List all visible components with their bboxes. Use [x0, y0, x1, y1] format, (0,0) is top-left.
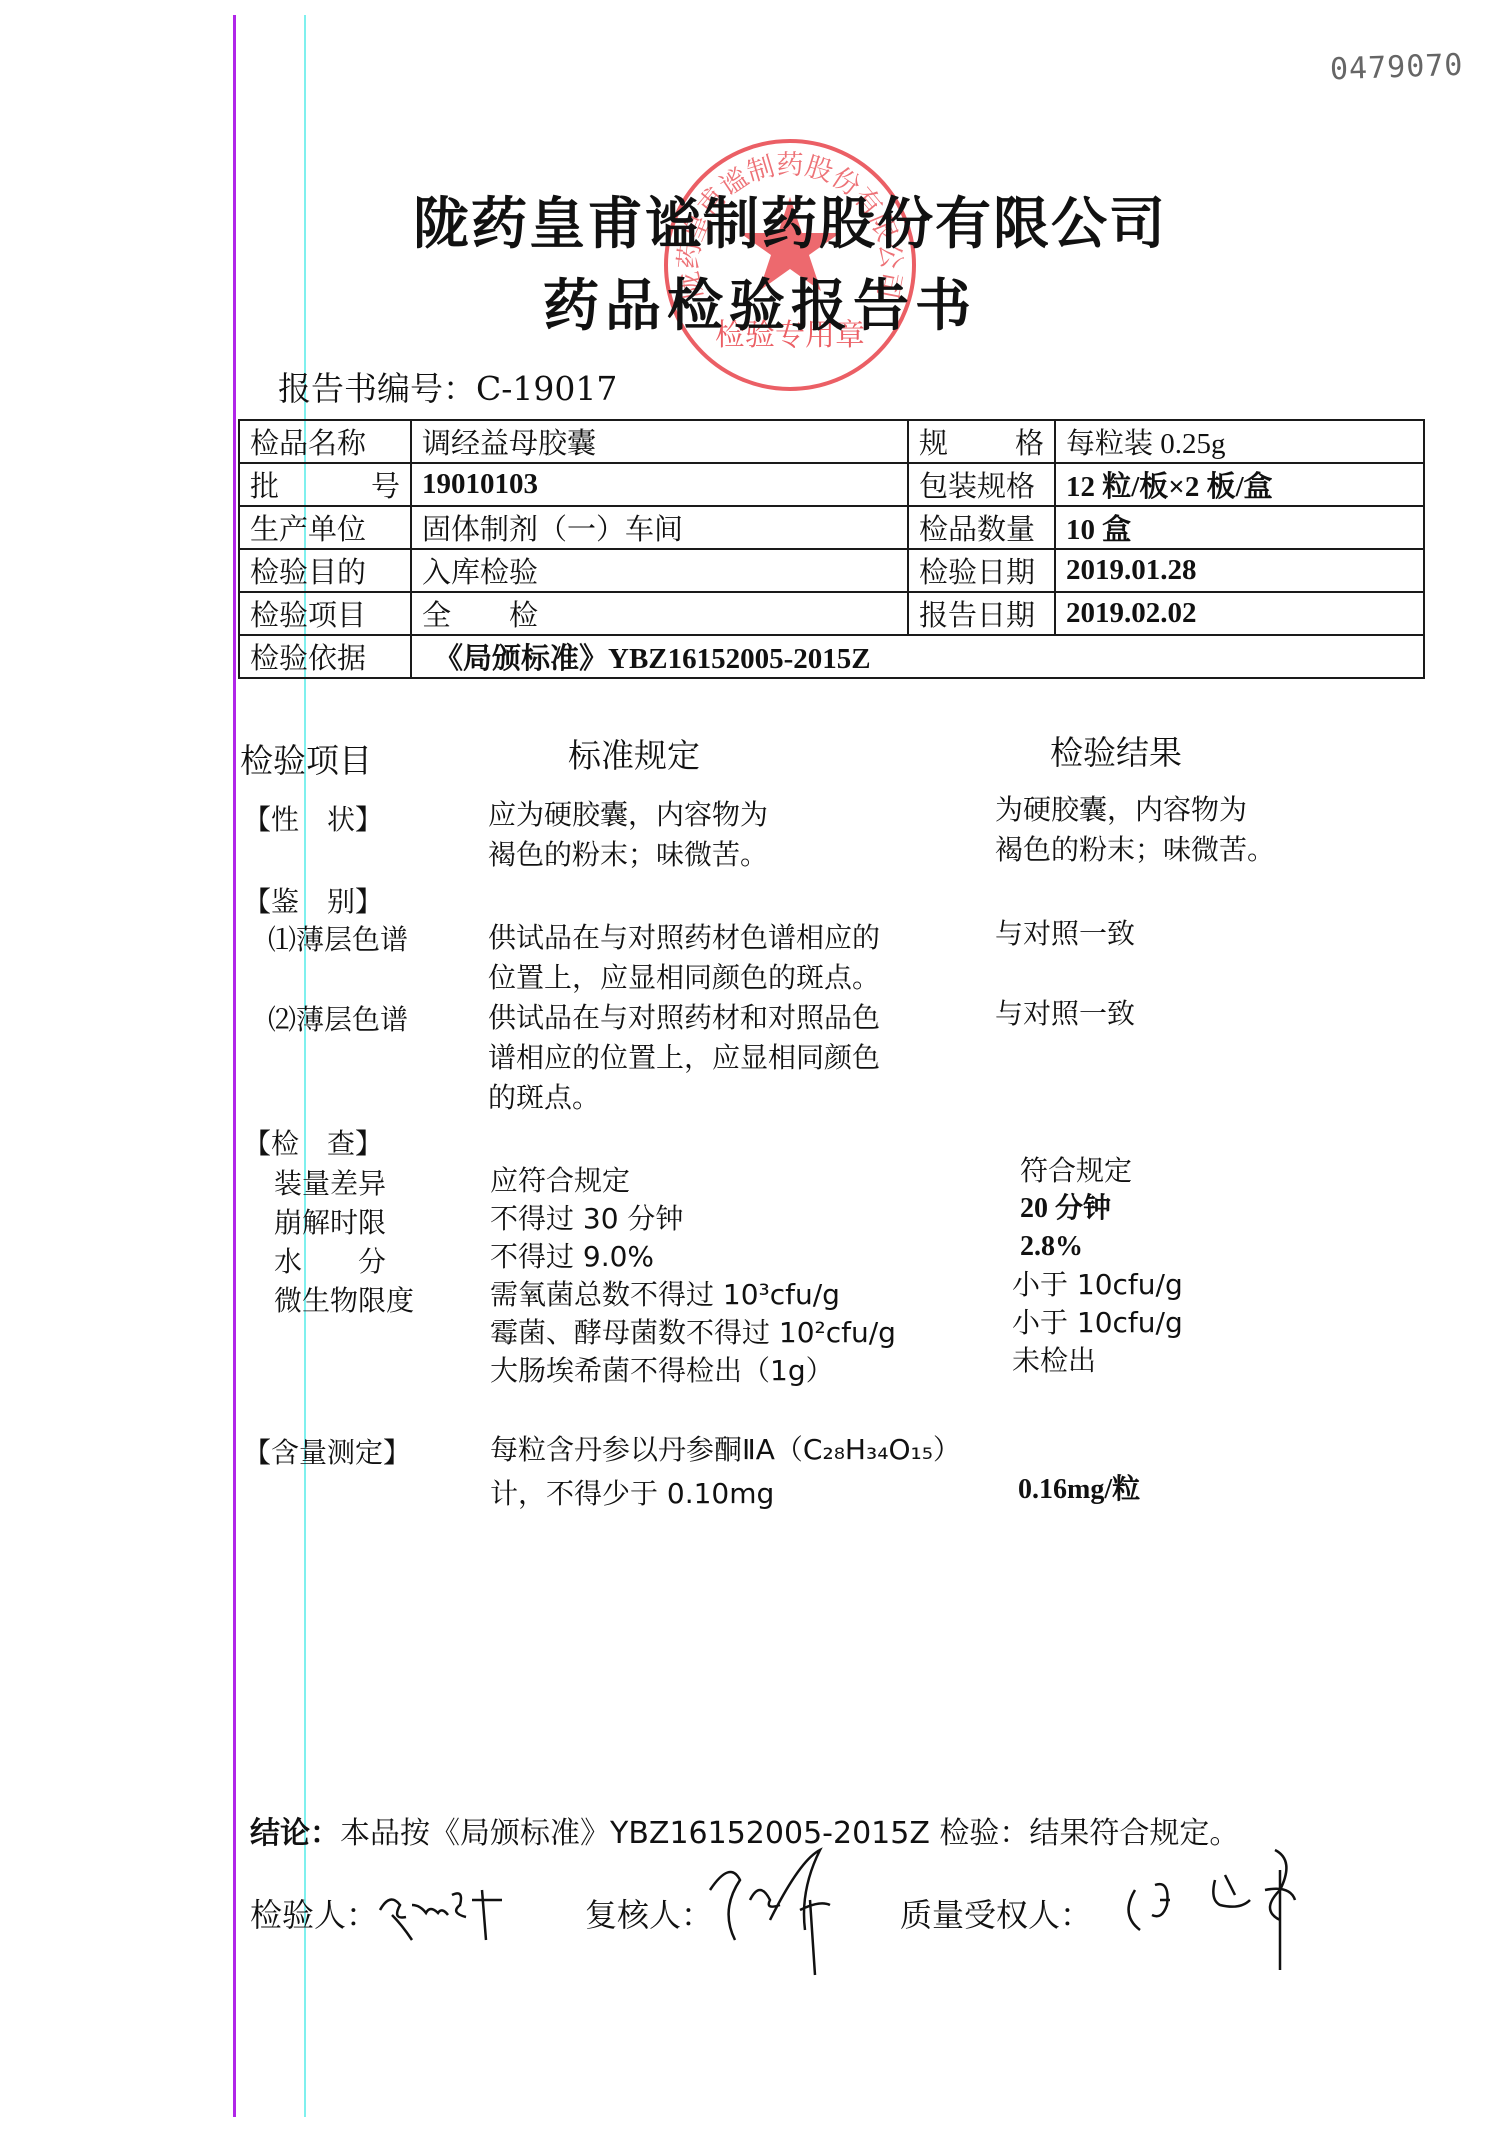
table-row: 生产单位 固体制剂（一）车间 检品数量 10 盒	[239, 506, 1424, 549]
cell-value: 2019.01.28	[1055, 549, 1424, 592]
cell-label: 报告日期	[908, 592, 1055, 635]
cell-label: 检验目的	[239, 549, 411, 592]
section-title-identification: 【鉴 别】	[243, 882, 383, 922]
result-text: 符合规定	[1020, 1152, 1132, 1190]
table-row: 检验项目 全 检 报告日期 2019.02.02	[239, 592, 1424, 635]
standard-text: 大肠埃希菌不得检出（1g）	[490, 1352, 896, 1390]
standard-text: 需氧菌总数不得过 10³cfu/g	[490, 1276, 896, 1314]
cell-label: 检验依据	[239, 635, 411, 678]
standard-text: 不得过 30 分钟	[490, 1200, 896, 1238]
test-item-names: 装量差异 崩解时限 水 分 微生物限度	[274, 1164, 414, 1320]
qa-person-label: 质量受权人：	[900, 1890, 1092, 1936]
result-text: 2.8%	[1020, 1228, 1132, 1266]
reviewer-signature	[700, 1840, 870, 1980]
cell-value: 19010103	[411, 463, 908, 506]
cell-value: 入库检验	[411, 549, 908, 592]
handwritten-archive-number: 0479070	[1329, 48, 1464, 88]
result-text: 0.16mg/粒	[1018, 1470, 1140, 1510]
result-text: 未检出	[1012, 1342, 1183, 1380]
test-item-name: 装量差异	[274, 1164, 414, 1203]
cell-value: 2019.02.02	[1055, 592, 1424, 635]
result-text: 20 分钟	[1020, 1190, 1132, 1228]
test-item-name: 崩解时限	[274, 1203, 414, 1242]
result-text: 小于 10cfu/g	[1012, 1266, 1183, 1304]
standard-text: 不得过 9.0%	[490, 1238, 896, 1276]
result-texts: 符合规定 20 分钟 2.8%	[1020, 1152, 1132, 1266]
test-item-name: 水 分	[274, 1242, 414, 1281]
sample-info-table: 检品名称 调经益母胶囊 规格 每粒装 0.25g 批号 19010103 包装规…	[238, 419, 1425, 679]
table-row: 检验依据 《局颁标准》YBZ16152005-2015Z	[239, 635, 1424, 678]
qa-person-signature	[1115, 1830, 1315, 1980]
cell-value: 调经益母胶囊	[411, 420, 908, 463]
cell-label: 检品名称	[239, 420, 411, 463]
test-item-name: 微生物限度	[274, 1281, 414, 1320]
standard-texts: 应符合规定 不得过 30 分钟 不得过 9.0% 需氧菌总数不得过 10³cfu…	[490, 1162, 896, 1390]
standard-text: 应符合规定	[490, 1162, 896, 1200]
result-text: 小于 10cfu/g	[1012, 1304, 1183, 1342]
result-text: 与对照一致	[995, 914, 1135, 954]
section-title-appearance: 【性 状】	[243, 800, 383, 840]
standard-text: 每粒含丹参以丹参酮ⅡA（C₂₈H₃₄O₁₅） 计，不得少于 0.10mg	[490, 1428, 961, 1516]
inspector-signature	[372, 1870, 522, 1960]
header-standard: 标准规定	[568, 730, 700, 777]
cell-value: 全 检	[411, 592, 908, 635]
reviewer-label: 复核人：	[585, 1890, 713, 1936]
company-name: 陇药皇甫谧制药股份有限公司	[0, 180, 1500, 260]
cell-value: 固体制剂（一）车间	[411, 506, 908, 549]
header-test-item: 检验项目	[240, 735, 372, 782]
inspector-label: 检验人：	[250, 1890, 378, 1936]
result-text: 与对照一致	[995, 994, 1135, 1034]
cell-value: 10 盒	[1055, 506, 1424, 549]
section-title-inspection: 【检 查】	[243, 1124, 383, 1164]
standard-text: 供试品在与对照药材和对照品色 谱相应的位置上，应显相同颜色 的斑点。	[488, 998, 880, 1118]
conclusion-label: 结论：	[250, 1816, 340, 1851]
cell-value: 每粒装 0.25g	[1055, 420, 1424, 463]
report-number: 报告书编号：C-19017	[278, 363, 617, 410]
cell-value: 《局颁标准》YBZ16152005-2015Z	[411, 635, 1424, 678]
cell-label: 包装规格	[908, 463, 1055, 506]
cell-label: 检验日期	[908, 549, 1055, 592]
cell-label: 规格	[908, 420, 1055, 463]
document-title: 药品检验报告书	[0, 262, 1500, 342]
cell-label: 生产单位	[239, 506, 411, 549]
cell-label: 批号	[239, 463, 411, 506]
standard-text: 供试品在与对照药材色谱相应的 位置上，应显相同颜色的斑点。	[488, 918, 880, 998]
table-row: 检品名称 调经益母胶囊 规格 每粒装 0.25g	[239, 420, 1424, 463]
section-title-assay: 【含量测定】	[243, 1433, 411, 1473]
test-item-name: ⑵薄层色谱	[268, 1000, 408, 1040]
report-number-label: 报告书编号：	[278, 369, 476, 408]
header-result: 检验结果	[1050, 727, 1182, 774]
table-row: 批号 19010103 包装规格 12 粒/板×2 板/盒	[239, 463, 1424, 506]
cell-label: 检验项目	[239, 592, 411, 635]
cell-value: 12 粒/板×2 板/盒	[1055, 463, 1424, 506]
report-number-value: C-19017	[476, 369, 617, 408]
test-item-name: ⑴薄层色谱	[268, 920, 408, 960]
result-text: 为硬胶囊，内容物为 褐色的粉末；味微苦。	[995, 790, 1275, 870]
result-texts-micro: 小于 10cfu/g 小于 10cfu/g 未检出	[1012, 1266, 1183, 1380]
table-row: 检验目的 入库检验 检验日期 2019.01.28	[239, 549, 1424, 592]
standard-text: 霉菌、酵母菌数不得过 10²cfu/g	[490, 1314, 896, 1352]
cell-label: 检品数量	[908, 506, 1055, 549]
standard-text: 应为硬胶囊，内容物为 褐色的粉末；味微苦。	[488, 795, 768, 875]
